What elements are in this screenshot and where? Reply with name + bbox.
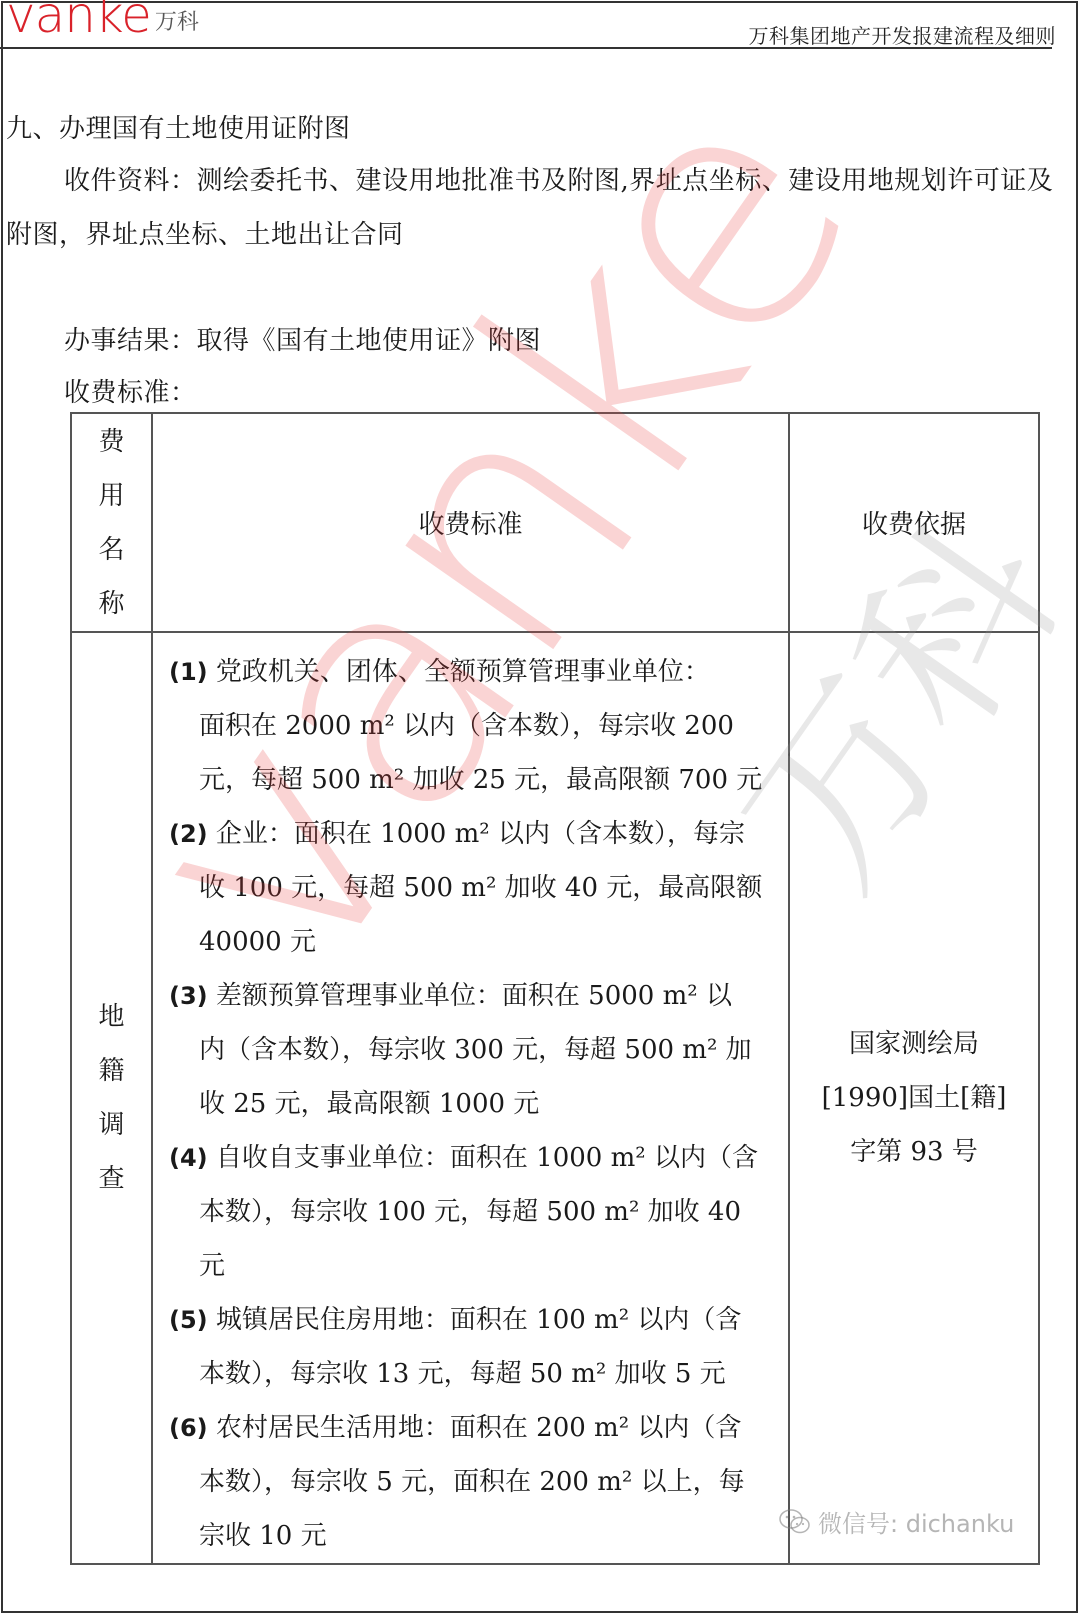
table-row: 地 籍 调 查 (1) 党政机关、团体、全额预算管理事业单位： 面积在 2000… <box>71 632 1039 1564</box>
header-divider <box>0 47 1052 49</box>
item-text: 城镇居民住房用地：面积在 100 m² 以内（含 <box>216 1305 742 1335</box>
page-header: vanke 万科 万科集团地产开发报建流程及细则 <box>0 0 1080 50</box>
header-char: 用 <box>72 469 151 523</box>
item-number: (2) <box>169 820 208 848</box>
fee-name-char: 籍 <box>72 1044 151 1098</box>
header-fee-name: 费 用 名 称 <box>71 413 152 632</box>
item-number: (6) <box>169 1414 208 1442</box>
required-documents: 收件资料：测绘委托书、建设用地批准书及附图,界址点坐标、建设用地规划许可证及附图… <box>6 154 1066 262</box>
item-text: 党政机关、团体、全额预算管理事业单位： <box>216 657 710 687</box>
fee-item-2: (2) 企业：面积在 1000 m² 以内（含本数），每宗 收 100 元，每超… <box>169 807 776 969</box>
item-text: 40000 元 <box>169 915 776 969</box>
fee-item-4: (4) 自收自支事业单位：面积在 1000 m² 以内（含 本数），每宗收 10… <box>169 1131 776 1293</box>
header-fee-basis: 收费依据 <box>789 413 1039 632</box>
item-text: 农村居民生活用地：面积在 200 m² 以内（含 <box>216 1413 742 1443</box>
item-text: 收 100 元，每超 500 m² 加收 40 元，最高限额 <box>169 861 776 915</box>
section-title: 九、办理国有土地使用证附图 <box>6 108 351 145</box>
item-text: 本数），每宗收 5 元，面积在 200 m² 以上，每 <box>169 1455 776 1509</box>
basis-text: 国家测绘局 <box>790 1017 1038 1071</box>
fee-basis-cell: 国家测绘局 [1990]国土[籍] 字第 93 号 <box>789 632 1039 1564</box>
fee-item-6: (6) 农村居民生活用地：面积在 200 m² 以内（含 本数），每宗收 5 元… <box>169 1401 776 1563</box>
document-title: 万科集团地产开发报建流程及细则 <box>749 20 1057 49</box>
item-text: 企业：面积在 1000 m² 以内（含本数），每宗 <box>216 819 745 849</box>
wechat-id: 微信号: dichanku <box>818 1504 1014 1539</box>
table-header-row: 费 用 名 称 收费标准 收费依据 <box>71 413 1039 632</box>
item-text: 元，每超 500 m² 加收 25 元，最高限额 700 元 <box>169 753 776 807</box>
item-text: 本数），每宗收 13 元，每超 50 m² 加收 5 元 <box>169 1347 776 1401</box>
item-number: (1) <box>169 658 208 686</box>
header-fee-standard: 收费标准 <box>152 413 789 632</box>
item-text: 差额预算管理事业单位：面积在 5000 m² 以 <box>216 981 732 1011</box>
vanke-logo: vanke 万科 <box>6 0 199 40</box>
item-number: (5) <box>169 1306 208 1334</box>
header-char: 费 <box>72 415 151 469</box>
fee-name-cell: 地 籍 调 查 <box>71 632 152 1564</box>
item-text: 收 25 元，最高限额 1000 元 <box>169 1077 776 1131</box>
processing-result: 办事结果：取得《国有土地使用证》附图 <box>64 314 541 368</box>
wechat-watermark: 微信号: dichanku <box>778 1504 1014 1539</box>
basis-text: [1990]国土[籍] <box>790 1071 1038 1125</box>
item-text: 本数），每宗收 100 元，每超 500 m² 加收 40 <box>169 1185 776 1239</box>
fee-table: 费 用 名 称 收费标准 收费依据 地 籍 调 查 (1) 党政机关、团体、全额… <box>70 412 1040 1565</box>
fee-item-1: (1) 党政机关、团体、全额预算管理事业单位： 面积在 2000 m² 以内（含… <box>169 645 776 807</box>
basis-text: 字第 93 号 <box>790 1125 1038 1179</box>
item-text: 宗收 10 元 <box>169 1509 776 1563</box>
item-text: 内（含本数），每宗收 300 元，每超 500 m² 加 <box>169 1023 776 1077</box>
item-text: 自收自支事业单位：面积在 1000 m² 以内（含 <box>216 1143 758 1173</box>
logo-chinese: 万科 <box>155 11 199 35</box>
item-text: 元 <box>169 1239 776 1293</box>
fee-standard-cell: (1) 党政机关、团体、全额预算管理事业单位： 面积在 2000 m² 以内（含… <box>152 632 789 1564</box>
fee-item-5: (5) 城镇居民住房用地：面积在 100 m² 以内（含 本数），每宗收 13 … <box>169 1293 776 1401</box>
fee-name-char: 地 <box>72 990 151 1044</box>
item-number: (4) <box>169 1144 208 1172</box>
wechat-icon <box>778 1508 812 1536</box>
fee-name-char: 查 <box>72 1152 151 1206</box>
logo-wordmark: vanke <box>6 0 151 40</box>
header-char: 名 <box>72 523 151 577</box>
header-char: 称 <box>72 577 151 631</box>
item-number: (3) <box>169 982 208 1010</box>
fee-item-3: (3) 差额预算管理事业单位：面积在 5000 m² 以 内（含本数），每宗收 … <box>169 969 776 1131</box>
fee-name-char: 调 <box>72 1098 151 1152</box>
item-text: 面积在 2000 m² 以内（含本数），每宗收 200 <box>169 699 776 753</box>
